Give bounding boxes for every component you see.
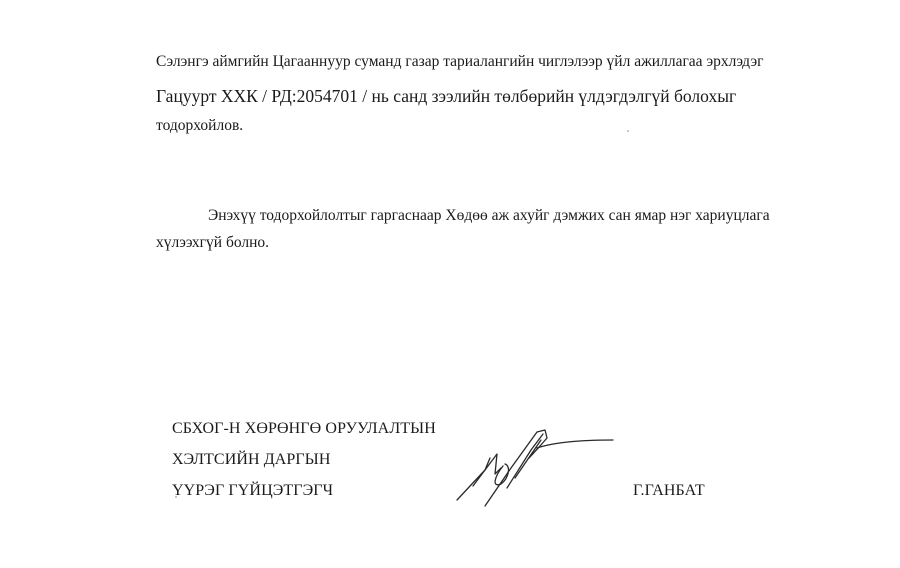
handwritten-signature-icon (445, 418, 620, 513)
scan-speck (627, 130, 629, 132)
signer-title-line-2: ХЭЛТСИЙН ДАРГЫН (172, 451, 330, 469)
signer-title-line-1: СБХОГ-Н ХӨРӨНГӨ ОРУУЛАЛТЫН (172, 420, 436, 438)
signer-title-line-3: ҮҮРЭГ ГҮЙЦЭТГЭГЧ (172, 482, 333, 500)
paragraph-2-line-2: хүлээхгүй болно. (156, 234, 269, 252)
paragraph-1-line-2: Гацуурт ХХК / РД:2054701 / нь санд зээли… (156, 86, 736, 107)
signer-name: Г.ГАНБАТ (633, 482, 705, 500)
paragraph-2-line-1: Энэхүү тодорхойлолтыг гаргаснаар Хөдөө а… (208, 207, 770, 225)
paragraph-1-line-3: тодорхойлов. (156, 117, 243, 135)
paragraph-1-line-1: Сэлэнгэ аймгийн Цагааннуур суманд газар … (156, 53, 763, 71)
scan-speck (175, 496, 177, 498)
